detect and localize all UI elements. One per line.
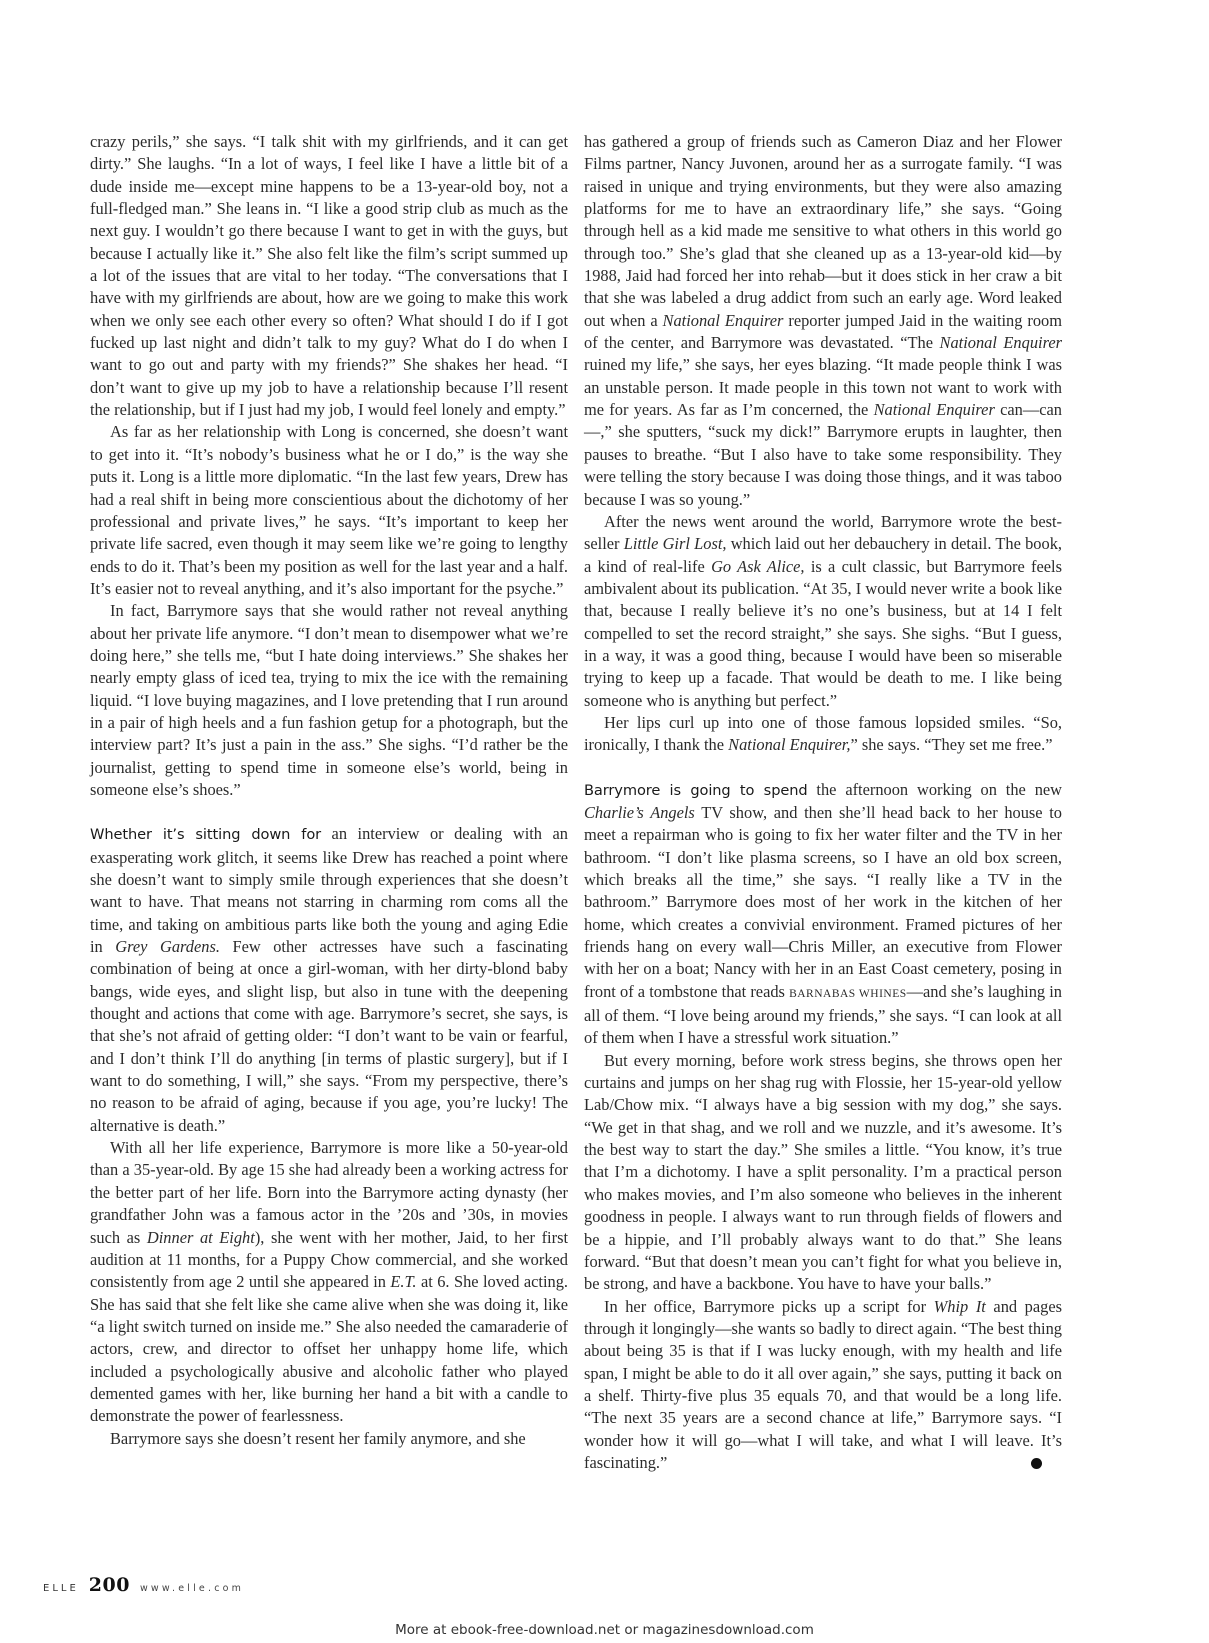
paragraph: crazy perils,” she says. “I talk shit wi… — [90, 131, 568, 421]
title-italic: Little Girl Lost, — [624, 534, 727, 553]
title-italic: Go Ask Alice, — [711, 557, 804, 576]
title-italic: Whip It — [934, 1297, 986, 1316]
paragraph: But every morning, before work stress be… — [584, 1050, 1062, 1296]
paragraph: As far as her relationship with Long is … — [90, 421, 568, 600]
section-lead-in: Whether it’s sitting down for — [90, 826, 321, 843]
section-lead-in: Barrymore is going to spend — [584, 782, 808, 799]
small-caps-text: BARNABAS WHINES — [789, 988, 907, 1000]
title-italic: National Enquirer, — [728, 735, 850, 754]
footer-url: www.elle.com — [140, 1583, 244, 1594]
text-run: has gathered a group of friends such as … — [584, 132, 1062, 330]
right-column: has gathered a group of friends such as … — [584, 131, 1062, 1474]
text-run: is a cult classic, but Barrymore feels a… — [584, 557, 1062, 710]
left-column: crazy perils,” she says. “I talk shit wi… — [90, 131, 568, 1450]
section-paragraph: Whether it’s sitting down for an intervi… — [90, 823, 568, 1137]
section-paragraph: Barrymore is going to spend the afternoo… — [584, 779, 1062, 1050]
paragraph: With all her life experience, Barrymore … — [90, 1137, 568, 1427]
paragraph: has gathered a group of friends such as … — [584, 131, 1062, 511]
text-run: the afternoon working on the new — [808, 780, 1062, 799]
paragraph: After the news went around the world, Ba… — [584, 511, 1062, 712]
text-run: and pages through it longingly—she wants… — [584, 1297, 1062, 1472]
magazine-page: crazy perils,” she says. “I talk shit wi… — [0, 0, 1209, 1643]
end-of-article-bullet-icon — [1031, 1458, 1042, 1469]
text-run: Few other actresses have such a fascinat… — [90, 937, 568, 1135]
paragraph: Her lips curl up into one of those famou… — [584, 712, 1062, 757]
text-run: at 6. She loved acting. She has said tha… — [90, 1272, 568, 1425]
title-italic: National Enquirer — [663, 311, 784, 330]
paragraph: Barrymore says she doesn’t resent her fa… — [90, 1428, 568, 1450]
title-italic: E.T. — [390, 1272, 416, 1291]
text-run: TV show, and then she’ll head back to he… — [584, 803, 1062, 1001]
page-footer: ELLE 200 www.elle.com — [43, 1574, 244, 1596]
paragraph: In fact, Barrymore says that she would r… — [90, 600, 568, 801]
download-watermark: More at ebook-free-download.net or magaz… — [0, 1622, 1209, 1638]
text-run: ” she says. “They set me free.” — [850, 735, 1052, 754]
page-number: 200 — [89, 1574, 130, 1596]
title-italic: National Enquirer — [940, 333, 1062, 352]
title-italic: Charlie’s Angels — [584, 803, 695, 822]
title-italic: Grey Gardens. — [115, 937, 220, 956]
title-italic: Dinner at Eight — [147, 1228, 255, 1247]
paragraph: In her office, Barrymore picks up a scri… — [584, 1296, 1062, 1475]
magazine-brand: ELLE — [43, 1583, 79, 1594]
text-run: In her office, Barrymore picks up a scri… — [604, 1297, 934, 1316]
title-italic: National Enquirer — [874, 400, 995, 419]
